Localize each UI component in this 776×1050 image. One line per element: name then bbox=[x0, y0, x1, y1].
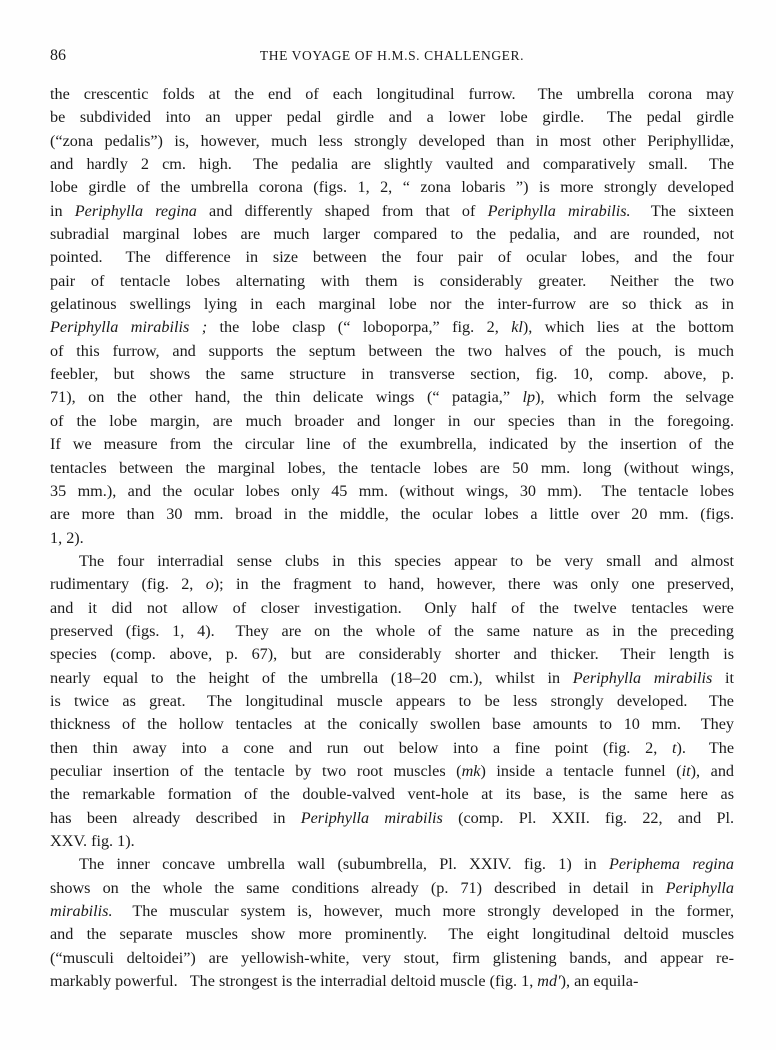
text-line: 35 mm.), and the ocular lobes only 45 mm… bbox=[50, 480, 734, 503]
text-line: nearly equal to the height of the umbrel… bbox=[50, 667, 734, 690]
text-line: is twice as great. The longitudinal musc… bbox=[50, 690, 734, 713]
running-title: THE VOYAGE OF H.M.S. CHALLENGER. bbox=[50, 48, 734, 64]
text-line: and it did not allow of closer investiga… bbox=[50, 597, 734, 620]
text-line: the remarkable formation of the double-v… bbox=[50, 783, 734, 806]
text-line: then thin away into a cone and run out b… bbox=[50, 737, 734, 760]
text-line: subradial marginal lobes are much larger… bbox=[50, 223, 734, 246]
text-line: rudimentary (fig. 2, o); in the fragment… bbox=[50, 573, 734, 596]
text-line: species (comp. above, p. 67), but are co… bbox=[50, 643, 734, 666]
text-line: are more than 30 mm. broad in the middle… bbox=[50, 503, 734, 526]
text-line: tentacles between the marginal lobes, th… bbox=[50, 457, 734, 480]
text-line: If we measure from the circular line of … bbox=[50, 433, 734, 456]
paragraph: The four interradial sense clubs in this… bbox=[50, 550, 734, 853]
paragraph: the crescentic folds at the end of each … bbox=[50, 83, 734, 550]
text-line: Periphylla mirabilis ; the lobe clasp (“… bbox=[50, 316, 734, 339]
text-line: lobe girdle of the umbrella corona (figs… bbox=[50, 176, 734, 199]
page-header: 86 THE VOYAGE OF H.M.S. CHALLENGER. bbox=[50, 47, 734, 67]
text-line: and the separate muscles show more promi… bbox=[50, 923, 734, 946]
text-line: The four interradial sense clubs in this… bbox=[50, 550, 734, 573]
text-line: be subdivided into an upper pedal girdle… bbox=[50, 106, 734, 129]
text-line: feebler, but shows the same structure in… bbox=[50, 363, 734, 386]
text-line: pointed. The difference in size between … bbox=[50, 246, 734, 269]
text-line: (“zona pedalis”) is, however, much less … bbox=[50, 130, 734, 153]
text-line: of this furrow, and supports the septum … bbox=[50, 340, 734, 363]
text-line: preserved (figs. 1, 4). They are on the … bbox=[50, 620, 734, 643]
body-text: the crescentic folds at the end of each … bbox=[50, 83, 734, 993]
paragraph: The inner concave umbrella wall (subumbr… bbox=[50, 853, 734, 993]
text-line: and hardly 2 cm. high. The pedalia are s… bbox=[50, 153, 734, 176]
text-line: 71), on the other hand, the thin delicat… bbox=[50, 386, 734, 409]
text-line: thickness of the hollow tentacles at the… bbox=[50, 713, 734, 736]
text-line: mirabilis. The muscular system is, howev… bbox=[50, 900, 734, 923]
text-line: the crescentic folds at the end of each … bbox=[50, 83, 734, 106]
text-line: pair of tentacle lobes alternating with … bbox=[50, 270, 734, 293]
text-line: 1, 2). bbox=[50, 527, 734, 550]
text-line: XXV. fig. 1). bbox=[50, 830, 734, 853]
text-line: has been already described in Periphylla… bbox=[50, 807, 734, 830]
text-line: markably powerful. The strongest is the … bbox=[50, 970, 734, 993]
text-line: The inner concave umbrella wall (subumbr… bbox=[50, 853, 734, 876]
text-line: gelatinous swellings lying in each margi… bbox=[50, 293, 734, 316]
text-line: shows on the whole the same conditions a… bbox=[50, 877, 734, 900]
text-line: (“musculi deltoidei”) are yellowish-whit… bbox=[50, 947, 734, 970]
book-page: 86 THE VOYAGE OF H.M.S. CHALLENGER. the … bbox=[0, 0, 776, 1050]
text-line: in Periphylla regina and differently sha… bbox=[50, 200, 734, 223]
text-line: of the lobe margin, are much broader and… bbox=[50, 410, 734, 433]
text-line: peculiar insertion of the tentacle by tw… bbox=[50, 760, 734, 783]
